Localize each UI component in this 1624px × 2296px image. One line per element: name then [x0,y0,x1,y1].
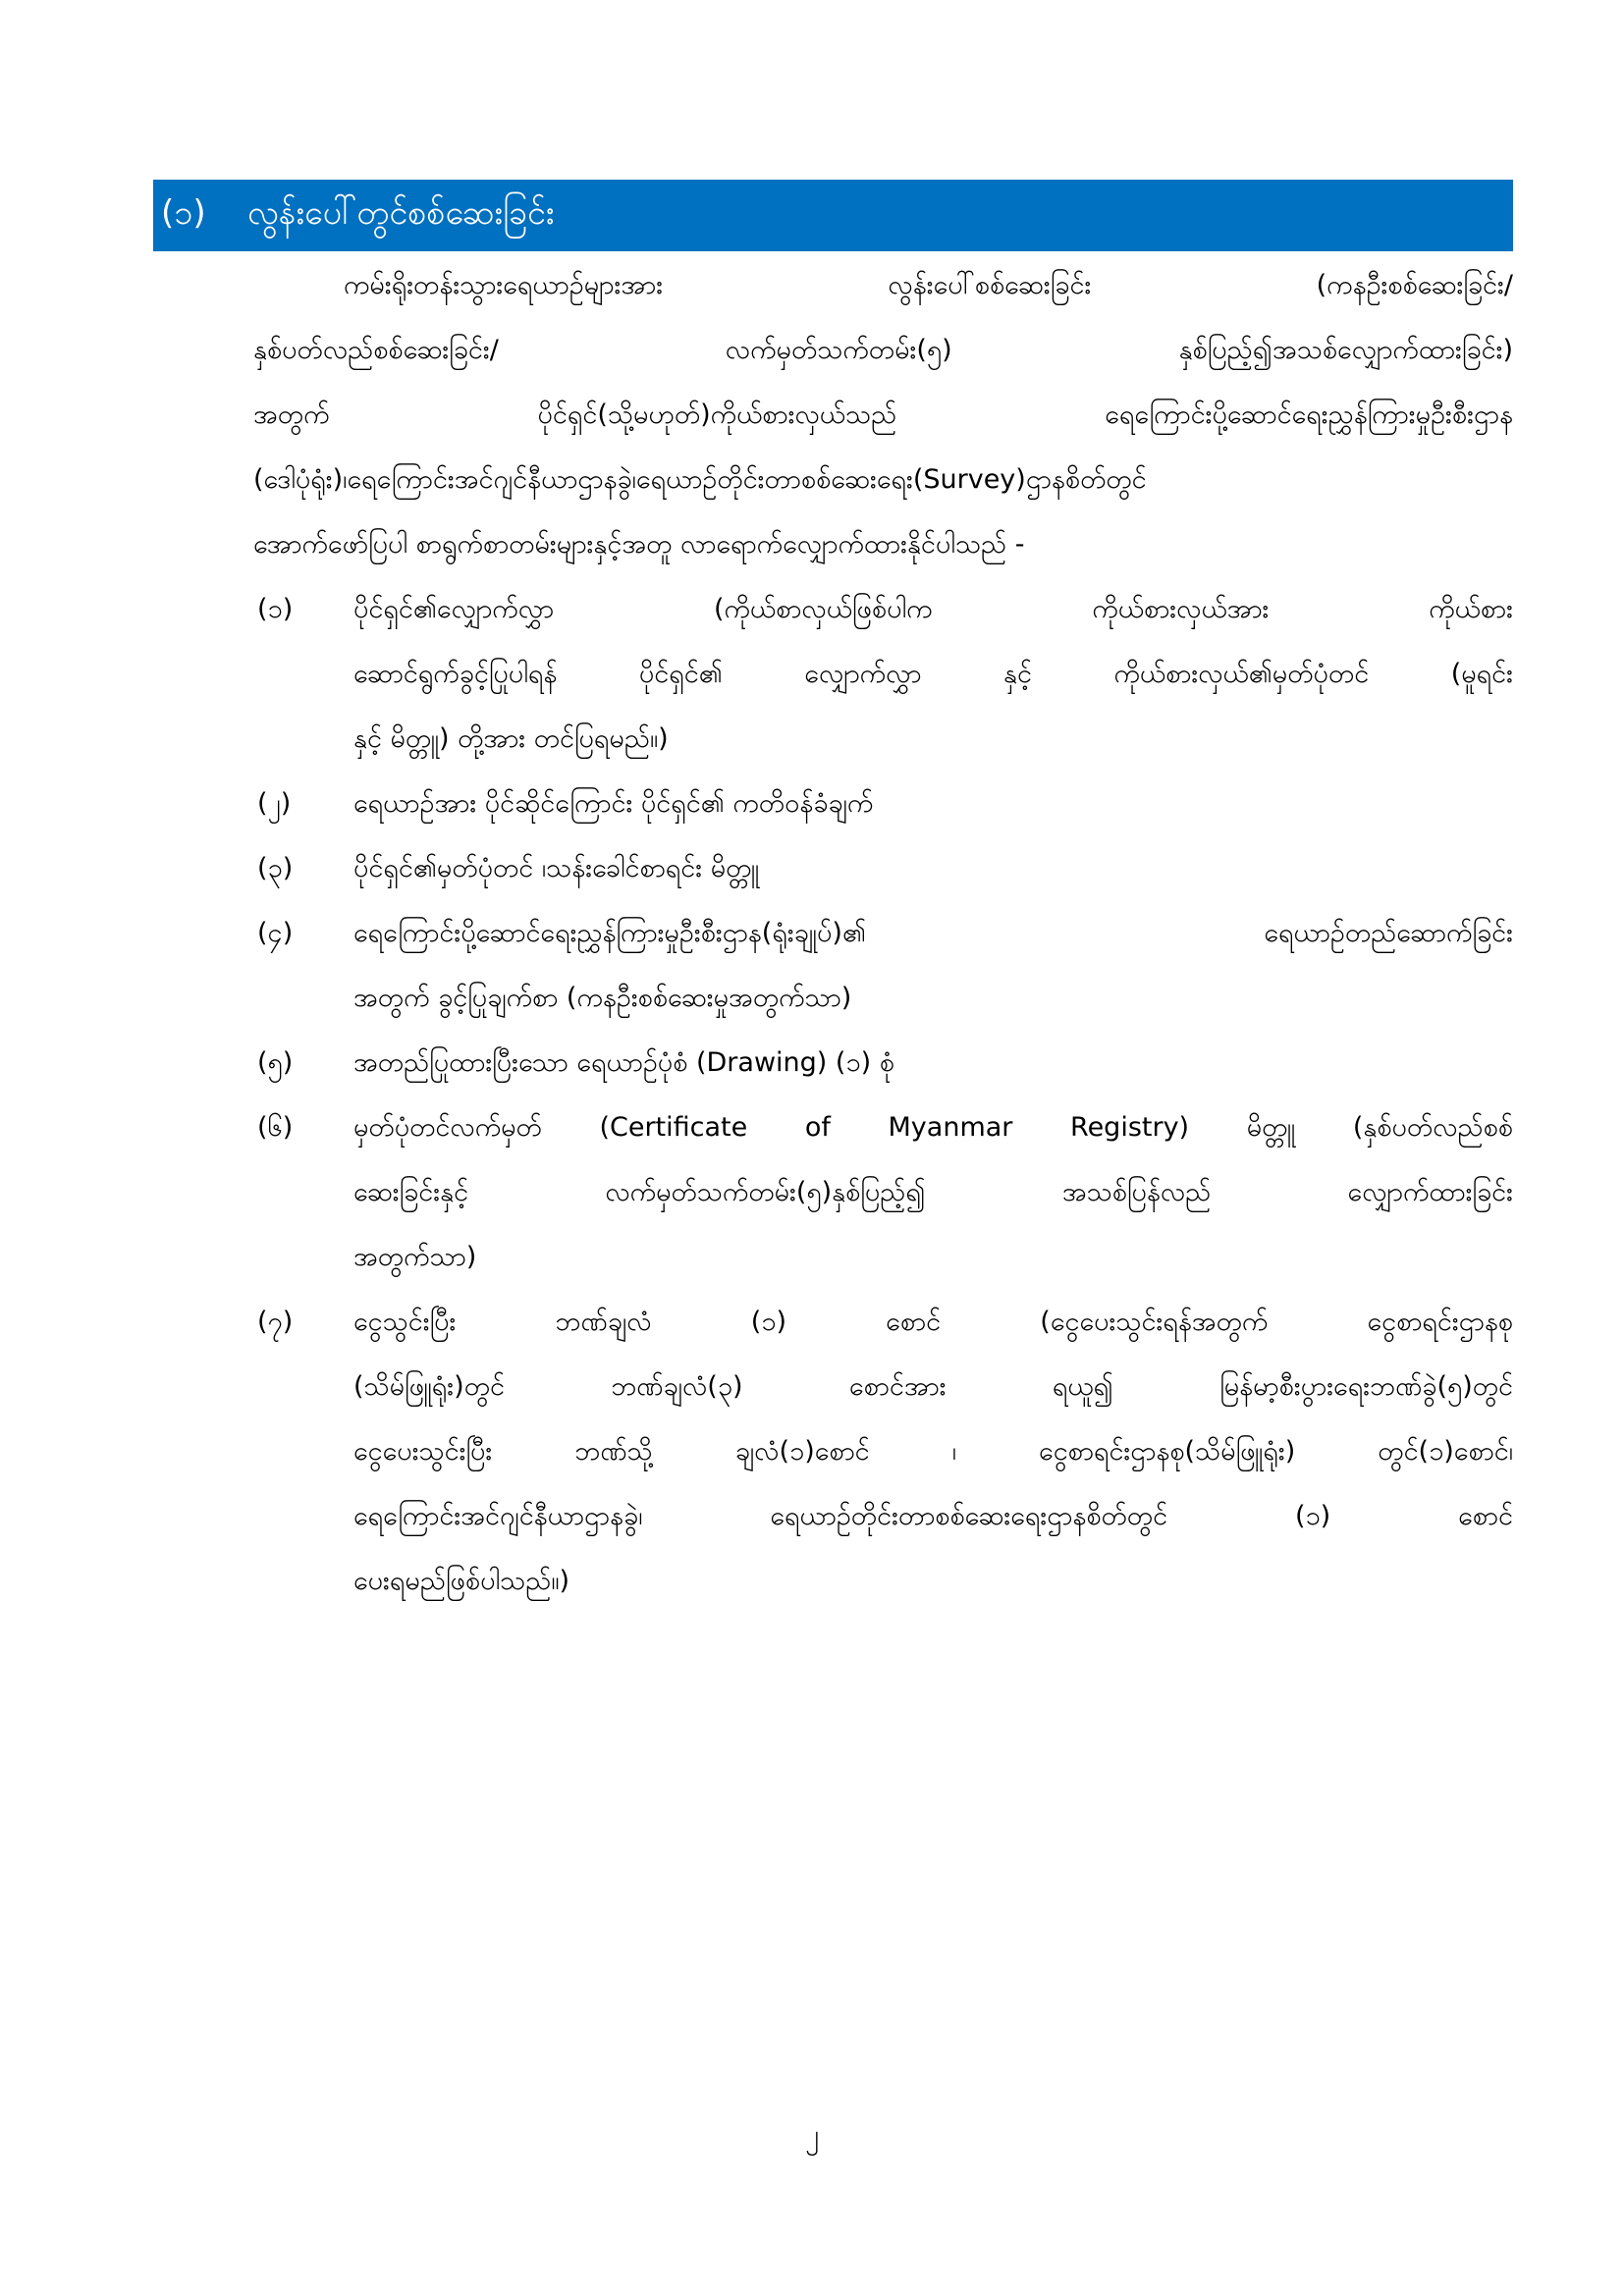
list-marker: (၅) [253,1031,353,1095]
list-line: ရေကြောင်းအင်ဂျင်နီယာဌာနခွဲ၊ ရေယာဉ်တိုင်း… [353,1484,1513,1549]
intro-line: ကမ်းရိုးတန်းသွားရေယာဉ်များအား လွန်းပေါ်စ… [253,253,1513,318]
list-item-text: ပိုင်ရှင်၏မှတ်ပုံတင် ၊သန်းခေါင်စာရင်း မိ… [353,836,1513,901]
list-item: (၄) ရေကြောင်းပို့ဆောင်ရေးညွှန်ကြားမှုဦးစ… [253,901,1513,1031]
list-line: (သိမ်ဖြူရုံး)တွင် ဘဏ်ချလံ(၃) စောင်အား ရယ… [353,1355,1513,1419]
intro-line: နှစ်ပတ်လည်စစ်ဆေးခြင်း/ လက်မှတ်သက်တမ်း(၅)… [253,318,1513,383]
list-marker: (၆) [253,1095,353,1160]
list-line: ဆောင်ရွက်ခွင့်ပြုပါရန် ပိုင်ရှင်၏ လျှောက… [353,642,1513,707]
list-line: အတွက် ခွင့်ပြုချက်စာ (ကနဦးစစ်ဆေးမှုအတွက်… [353,966,1513,1031]
list-line: ဆေးခြင်းနှင့် လက်မှတ်သက်တမ်း(၅)နှစ်ပြည့်… [353,1160,1513,1225]
page-number: ၂ [0,2115,1624,2155]
list-line: ပိုင်ရှင်၏လျှောက်လွှာ (ကိုယ်စာလှယ်ဖြစ်ပါ… [353,577,1513,642]
list-item-text: ပိုင်ရှင်၏လျှောက်လွှာ (ကိုယ်စာလှယ်ဖြစ်ပါ… [353,577,1513,772]
list-item: (၁) ပိုင်ရှင်၏လျှောက်လွှာ (ကိုယ်စာလှယ်ဖြ… [253,577,1513,772]
list-line: ပေးရမည်ဖြစ်ပါသည်။) [353,1549,1513,1614]
list-line: အတည်ပြုထားပြီးသော ရေယာဉ်ပုံစံ (Drawing) … [353,1031,1513,1095]
list-item-text: မှတ်ပုံတင်လက်မှတ် (Certificate of Myanma… [353,1095,1513,1290]
list-line: ရေကြောင်းပို့ဆောင်ရေးညွှန်ကြားမှုဦးစီးဌာ… [353,901,1513,966]
list-item: (၆) မှတ်ပုံတင်လက်မှတ် (Certificate of My… [253,1095,1513,1290]
list-item-text: ငွေသွင်းပြီး ဘဏ်ချလံ (၁) စောင် (ငွေပေးသွ… [353,1290,1513,1614]
requirements-list: (၁) ပိုင်ရှင်၏လျှောက်လွှာ (ကိုယ်စာလှယ်ဖြ… [253,577,1513,1614]
list-line: ရေယာဉ်အား ပိုင်ဆိုင်ကြောင်း ပိုင်ရှင်၏ က… [353,772,1513,836]
section-header-bar: (၁) လွန်းပေါ်တွင်စစ်ဆေးခြင်း [153,180,1513,251]
section-number: (၁) [161,190,247,240]
intro-line: အောက်ဖော်ပြပါ စာရွက်စာတမ်းများနှင့်အတူ လ… [253,512,1513,577]
list-item: (၃) ပိုင်ရှင်၏မှတ်ပုံတင် ၊သန်းခေါင်စာရင်… [253,836,1513,901]
list-line: ပိုင်ရှင်၏မှတ်ပုံတင် ၊သန်းခေါင်စာရင်း မိ… [353,836,1513,901]
list-line: မှတ်ပုံတင်လက်မှတ် (Certificate of Myanma… [353,1095,1513,1160]
list-item: (၅) အတည်ပြုထားပြီးသော ရေယာဉ်ပုံစံ (Drawi… [253,1031,1513,1095]
list-line: နှင့် မိတ္တူ) တို့အား တင်ပြရမည်။) [353,707,1513,772]
document-body: ကမ်းရိုးတန်းသွားရေယာဉ်များအား လွန်းပေါ်စ… [253,253,1513,1614]
intro-paragraph: ကမ်းရိုးတန်းသွားရေယာဉ်များအား လွန်းပေါ်စ… [253,253,1513,577]
document-page: (၁) လွန်းပေါ်တွင်စစ်ဆေးခြင်း ကမ်းရိုးတန်… [0,0,1624,2296]
list-item-text: ရေကြောင်းပို့ဆောင်ရေးညွှန်ကြားမှုဦးစီးဌာ… [353,901,1513,1031]
list-line: ငွေပေးသွင်းပြီး ဘဏ်သို့ ချလံ(၁)စောင် ၊ င… [353,1419,1513,1484]
list-item: (၇) ငွေသွင်းပြီး ဘဏ်ချလံ (၁) စောင် (ငွေပ… [253,1290,1513,1614]
list-line: ငွေသွင်းပြီး ဘဏ်ချလံ (၁) စောင် (ငွေပေးသွ… [353,1290,1513,1355]
list-line: အတွက်သာ) [353,1225,1513,1290]
list-marker: (၃) [253,836,353,901]
list-marker: (၁) [253,577,353,642]
list-marker: (၇) [253,1290,353,1355]
intro-line: (ဒေါပုံရုံး)၊ရေကြောင်းအင်ဂျင်နီယာဌာနခွဲ၊… [253,448,1513,512]
list-marker: (၄) [253,901,353,966]
intro-line: အတွက် ပိုင်ရှင်(သို့မဟုတ်)ကိုယ်စားလှယ်သည… [253,383,1513,448]
list-item-text: ရေယာဉ်အား ပိုင်ဆိုင်ကြောင်း ပိုင်ရှင်၏ က… [353,772,1513,836]
list-item: (၂) ရေယာဉ်အား ပိုင်ဆိုင်ကြောင်း ပိုင်ရှင… [253,772,1513,836]
list-marker: (၂) [253,772,353,836]
list-item-text: အတည်ပြုထားပြီးသော ရေယာဉ်ပုံစံ (Drawing) … [353,1031,1513,1095]
section-title: လွန်းပေါ်တွင်စစ်ဆေးခြင်း [247,190,554,240]
